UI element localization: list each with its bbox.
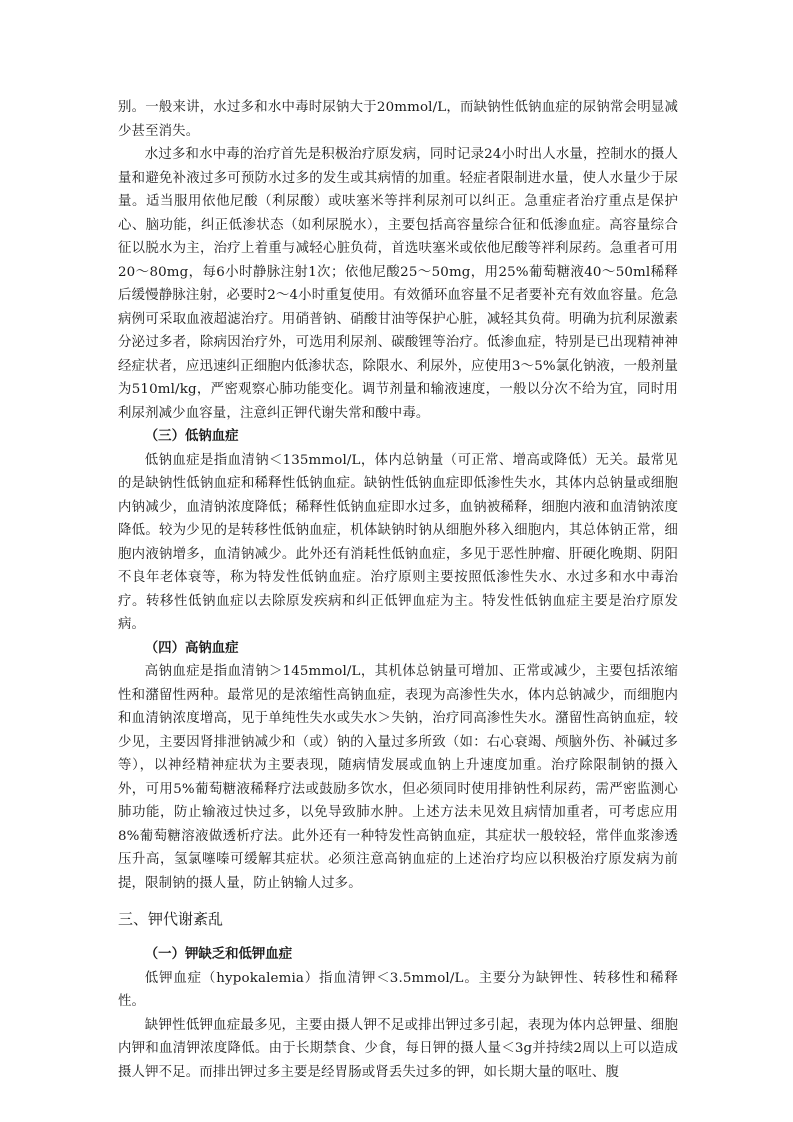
heading-hypernatremia: （四）高钠血症 — [118, 637, 678, 661]
document-page: 别。一般来讲，水过多和水中毒时尿钠大于20mmol/L，而缺钠性低钠血症的尿钠常… — [118, 96, 678, 1084]
paragraph-water-intoxication-treatment: 水过多和水中毒的治疗首先是积极治疗原发病，同时记录24小时出人水量，控制水的摄人… — [118, 143, 678, 425]
paragraph-hypokalemia-causes: 缺钾性低钾血症最多见，主要由摄人钾不足或排出钾过多引起，表现为体内总钾量、细胞内… — [118, 1014, 678, 1085]
paragraph-hypokalemia-definition: 低钾血症（hypokalemia）指血清钾＜3.5mmol/L。主要分为缺钾性、… — [118, 967, 678, 1014]
section-heading-potassium: 三、钾代谢紊乱 — [118, 907, 678, 931]
paragraph-hyponatremia: 低钠血症是指血清钠＜135mmol/L，体内总钠量（可正常、增高或降低）无关。最… — [118, 449, 678, 637]
paragraph-hypernatremia: 高钠血症是指血清钠＞145mmol/L，其机体总钠量可增加、正常或减少，主要包括… — [118, 660, 678, 895]
heading-hypokalemia: （一）钾缺乏和低钾血症 — [118, 943, 678, 967]
heading-hyponatremia: （三）低钠血症 — [118, 425, 678, 449]
paragraph-continuation: 别。一般来讲，水过多和水中毒时尿钠大于20mmol/L，而缺钠性低钠血症的尿钠常… — [118, 96, 678, 143]
